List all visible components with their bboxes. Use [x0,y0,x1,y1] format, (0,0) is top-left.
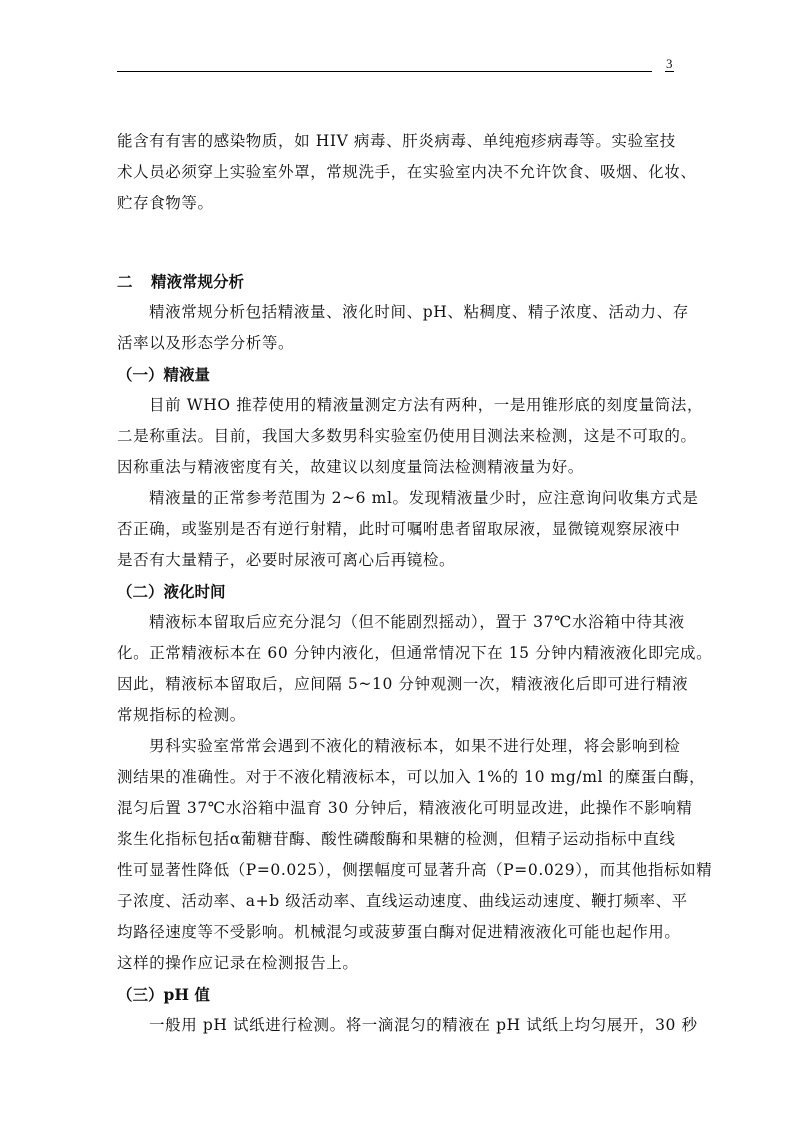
paragraph: 目前 WHO 推荐使用的精液量测定方法有两种，一是用锥形底的刻度量筒法， 二是称… [117,390,677,483]
section-number: 二 [117,266,151,297]
paragraph: 精液标本留取后应充分混匀（但不能剧烈摇动），置于 37℃水浴箱中待其液 化。正常… [117,607,677,731]
subsection-title-ph-value: （三）pH 值 [117,979,677,1010]
text-line: 男科实验室常常会遇到不液化的精液标本，如果不进行处理，将会影响到检 [117,731,677,762]
text-line: 因称重法与精液密度有关，故建议以刻度量筒法检测精液量为好。 [117,452,677,483]
text-line: 化。正常精液标本在 60 分钟内液化，但通常情况下在 15 分钟内精液液化即完成… [117,638,677,669]
page-body: 能含有有害的感染物质，如 HIV 病毒、肝炎病毒、单纯疱疹病毒等。实验室技 术人… [117,126,677,1041]
text-line: 精液标本留取后应充分混匀（但不能剧烈摇动），置于 37℃水浴箱中待其液 [117,607,677,638]
subsection-title-liquefaction-time: （二）液化时间 [117,576,677,607]
text-line: 混匀后置 37℃水浴箱中温育 30 分钟后，精液液化可明显改进，此操作不影响精 [117,793,677,824]
text-line: 活率以及形态学分析等。 [117,328,677,359]
section-spacer [117,219,677,266]
text-line: 二是称重法。目前，我国大多数男科实验室仍使用目测法来检测，这是不可取的。 [117,421,677,452]
text-line: 常规指标的检测。 [117,700,677,731]
text-line: 是否有大量精子，必要时尿液可离心后再镜检。 [117,545,677,576]
paragraph: 一般用 pH 试纸进行检测。将一滴混匀的精液在 pH 试纸上均匀展开，30 秒 [117,1010,677,1041]
text-line: 精液量的正常参考范围为 2~6 ml。发现精液量少时，应注意询问收集方式是 [117,483,677,514]
text-line: 性可显著性降低（P=0.025），侧摆幅度可显著升高（P=0.029），而其他指… [117,855,677,886]
subsection-title-semen-volume: （一）精液量 [117,359,677,390]
paragraph: 男科实验室常常会遇到不液化的精液标本，如果不进行处理，将会影响到检 测结果的准确… [117,731,677,979]
section-title: 精液常规分析 [151,272,244,291]
text-line: 测结果的准确性。对于不液化精液标本，可以加入 1%的 10 mg/ml 的糜蛋白… [117,762,677,793]
text-line: 否正确，或鉴别是否有逆行射精，此时可嘱咐患者留取尿液，显微镜观察尿液中 [117,514,677,545]
header-rule [117,71,652,72]
text-line: 均路径速度等不受影响。机械混匀或菠萝蛋白酶对促进精液液化可能也起作用。 [117,917,677,948]
text-line: 目前 WHO 推荐使用的精液量测定方法有两种，一是用锥形底的刻度量筒法， [117,390,677,421]
text-line: 精液常规分析包括精液量、液化时间、pH、粘稠度、精子浓度、活动力、存 [117,297,677,328]
paragraph: 精液量的正常参考范围为 2~6 ml。发现精液量少时，应注意询问收集方式是 否正… [117,483,677,576]
text-line: 因此，精液标本留取后，应间隔 5~10 分钟观测一次，精液液化后即可进行精液 [117,669,677,700]
text-line: 一般用 pH 试纸进行检测。将一滴混匀的精液在 pH 试纸上均匀展开，30 秒 [117,1010,677,1041]
text-line: 这样的操作应记录在检测报告上。 [117,948,677,979]
text-line: 子浓度、活动率、a+b 级活动率、直线运动速度、曲线运动速度、鞭打频率、平 [117,886,677,917]
text-line: 术人员必须穿上实验室外罩，常规洗手，在实验室内决不允许饮食、吸烟、化妆、 [117,157,677,188]
text-line: 能含有有害的感染物质，如 HIV 病毒、肝炎病毒、单纯疱疹病毒等。实验室技 [117,126,677,157]
intro-paragraph: 能含有有害的感染物质，如 HIV 病毒、肝炎病毒、单纯疱疹病毒等。实验室技 术人… [117,126,677,219]
section-intro: 精液常规分析包括精液量、液化时间、pH、粘稠度、精子浓度、活动力、存 活率以及形… [117,297,677,359]
text-line: 浆生化指标包括α葡糖苷酶、酸性磷酸酶和果糖的检测，但精子运动指标中直线 [117,824,677,855]
page-number: 3 [665,57,674,72]
text-line: 贮存食物等。 [117,188,677,219]
section-heading: 二精液常规分析 [117,266,677,297]
